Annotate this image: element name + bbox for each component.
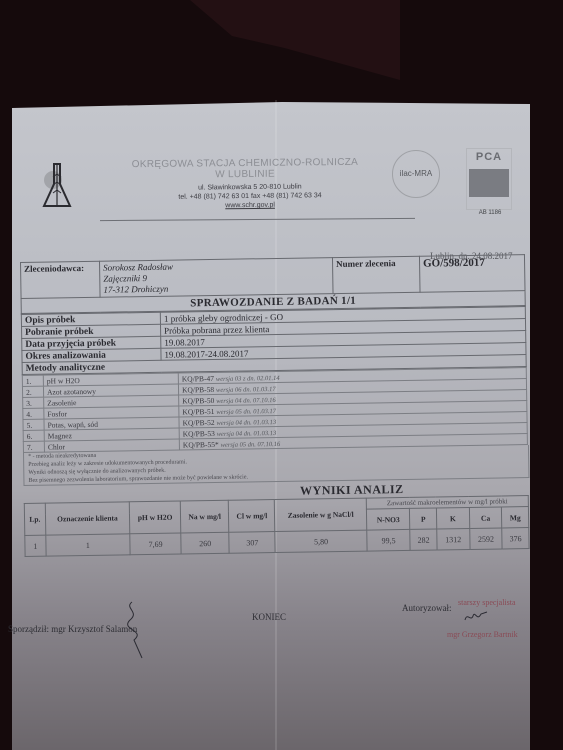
results-column-header: P [410,508,437,529]
accreditation-number: AB 1186 [470,210,510,216]
results-cell: 307 [229,532,275,554]
method-number: 3. [23,397,44,408]
method-number: 5. [23,419,44,430]
pca-badge-icon [469,169,509,197]
signature-icon [120,600,150,660]
results-cell: 260 [181,532,230,554]
end-marker: KONIEC [252,612,286,622]
results-cell: 1 [45,534,130,556]
pca-accreditation-logo: PCA [466,148,512,210]
results-column-header: Cl w mg/l [229,500,276,533]
results-cell: 282 [410,529,437,550]
results-column-header: Zasolenie w g NaCl/l [275,498,367,531]
method-number: 2. [22,386,43,397]
institution-address: ul. Sławinkowska 5 20-810 Lublin tel. +4… [140,182,360,211]
order-number-value: GO/598/2017 [419,255,525,293]
authorized-label: Autoryzował: [402,603,452,613]
prepared-by: Sporządził: mgr Krzysztof Salamon [8,624,137,634]
results-column-header: Lp. [24,503,45,535]
results-cell: 1 [25,535,46,556]
results-cell: 99,5 [367,529,411,551]
results-column-header: K [436,507,469,529]
results-column-header: Oznaczenie klienta [45,502,130,535]
methods-table: 1. pH w H2O KQ/PB-47 wersja 03 z dn. 02.… [22,367,528,453]
institution-name: OKRĘGOWA STACJA CHEMICZNO-ROLNICZA W LUB… [115,157,375,182]
authorization-signature-icon [463,610,489,624]
institution-logo-flask-icon [42,160,72,210]
client-order-table: Zleceniodawca: Sorokosz Radosław Zajęczn… [20,254,526,314]
method-number: 6. [23,430,44,441]
results-column-header: Ca [469,507,502,529]
results-cell: 2592 [469,528,502,550]
notes-block: * - metoda nieakredytowanaPrzebieg anali… [23,445,529,486]
results-cell: 5,80 [275,530,367,552]
website-link[interactable]: www.schr.gov.pl [225,202,275,210]
order-number-label: Numer zlecenia [332,256,420,293]
method-number: 1. [22,375,43,386]
stamp-title: starszy specjalista [458,598,516,607]
report-body: Zleceniodawca: Sorokosz Radosław Zajęczn… [20,254,535,557]
results-cell: 7,69 [130,533,181,555]
results-table: Lp.Oznaczenie klientapH w H2ONa w mg/lCl… [24,495,530,557]
results-cell: 376 [502,528,529,549]
method-number: 7. [23,441,44,452]
method-number: 4. [23,408,44,419]
stamp-name: mgr Grzegorz Bartnik [447,630,518,639]
ilac-mra-logo: ilac-MRA [392,150,440,198]
results-column-header: Na w mg/l [180,500,229,533]
results-column-header: Mg [502,507,529,528]
sample-info-table: Opis próbek 1 próbka gleby ogrodniczej -… [21,306,527,375]
client-details: Sorokosz Radosław Zajęczniki 9 17-312 Dr… [99,258,333,298]
results-column-header: pH w H2O [129,501,180,534]
background-fabric [190,0,400,80]
results-cell: 1312 [437,528,470,550]
client-label: Zleceniodawca: [21,261,101,298]
results-column-header: N-NO3 [366,508,410,530]
